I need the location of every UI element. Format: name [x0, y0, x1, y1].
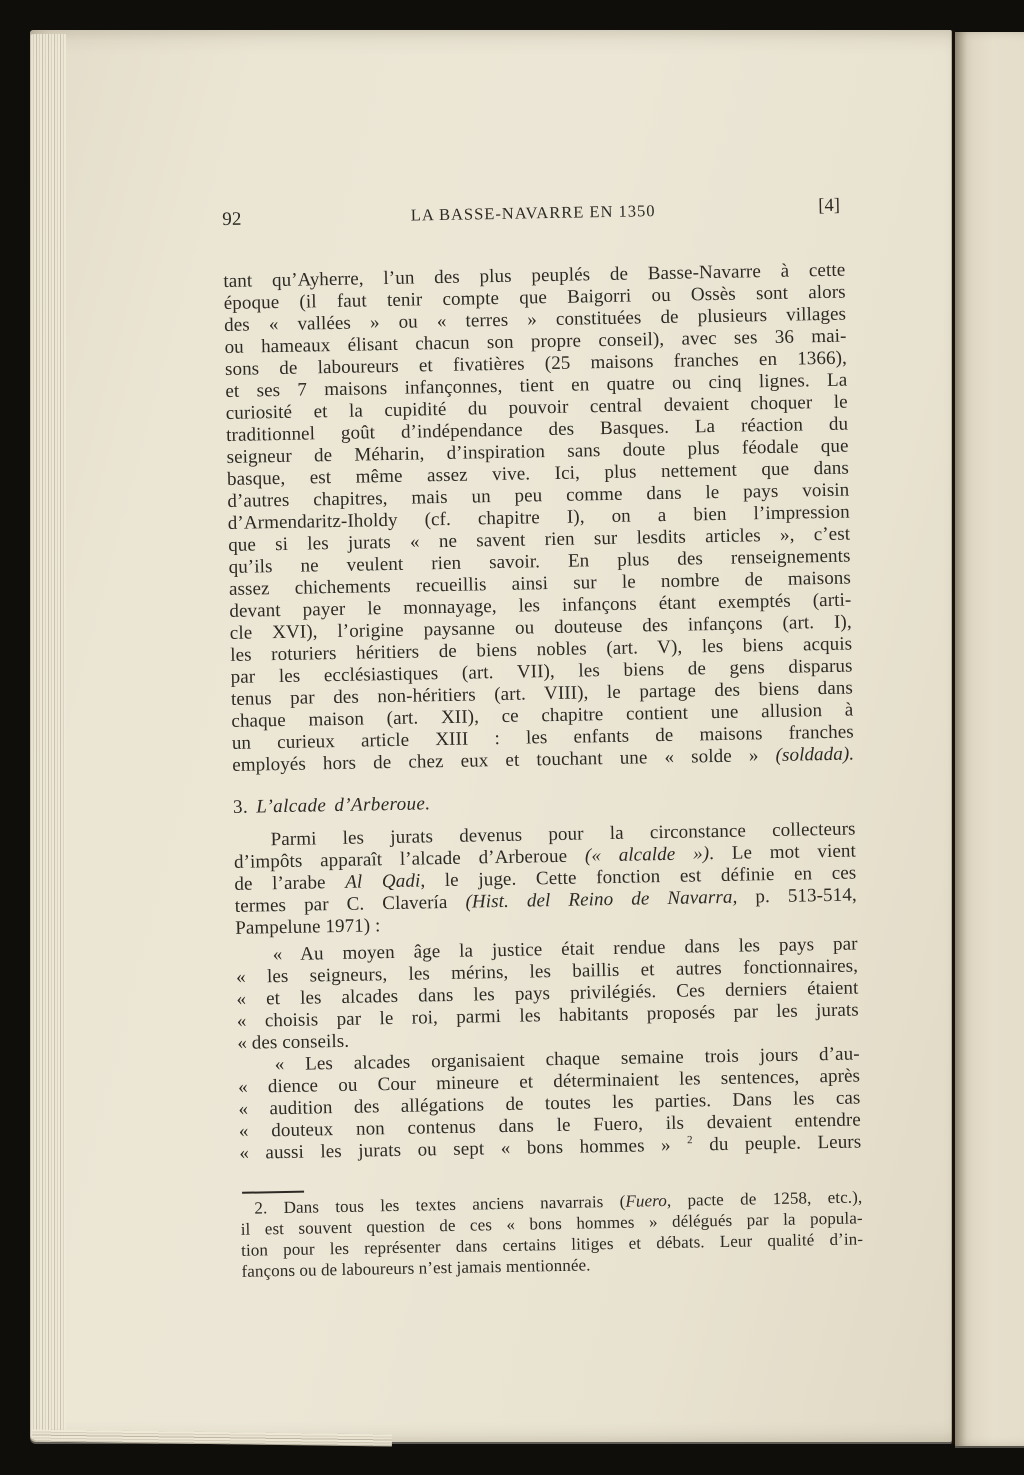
page-stack-bottom-edge	[32, 1429, 392, 1446]
block-quote-1: « Au moyen âge la justice était rendue d…	[236, 933, 860, 1054]
running-header-title: LA BASSE-NAVARRE EN 1350	[222, 197, 844, 230]
running-header: 92 LA BASSE-NAVARRE EN 1350 [4]	[222, 195, 844, 230]
page-content: 92 LA BASSE-NAVARRE EN 1350 [4] tant qu’…	[222, 195, 864, 1282]
page-stack-left-edge	[30, 34, 66, 1440]
section-heading: 3. L’alcade d’Arberoue.	[233, 786, 855, 819]
block-quote-2: « Les alcades organisaient chaque semain…	[238, 1043, 862, 1164]
footnote-separator-rule	[242, 1191, 304, 1194]
paragraph-main: tant qu’Ayherre, l’un des plus peuplés d…	[223, 260, 854, 777]
text-line: 3. L’alcade d’Arberoue.	[233, 786, 855, 819]
adjacent-page-edge	[955, 32, 1024, 1446]
footnote: 2. Dans tous les textes anciens navarrai…	[240, 1180, 864, 1281]
footnote-text: 2. Dans tous les textes anciens navarrai…	[240, 1186, 863, 1281]
folio-marker: [4]	[818, 195, 840, 217]
paragraph-alcade-intro: Parmi les jurats devenus pour la circons…	[233, 818, 857, 939]
book-page: 92 LA BASSE-NAVARRE EN 1350 [4] tant qu’…	[30, 30, 952, 1442]
